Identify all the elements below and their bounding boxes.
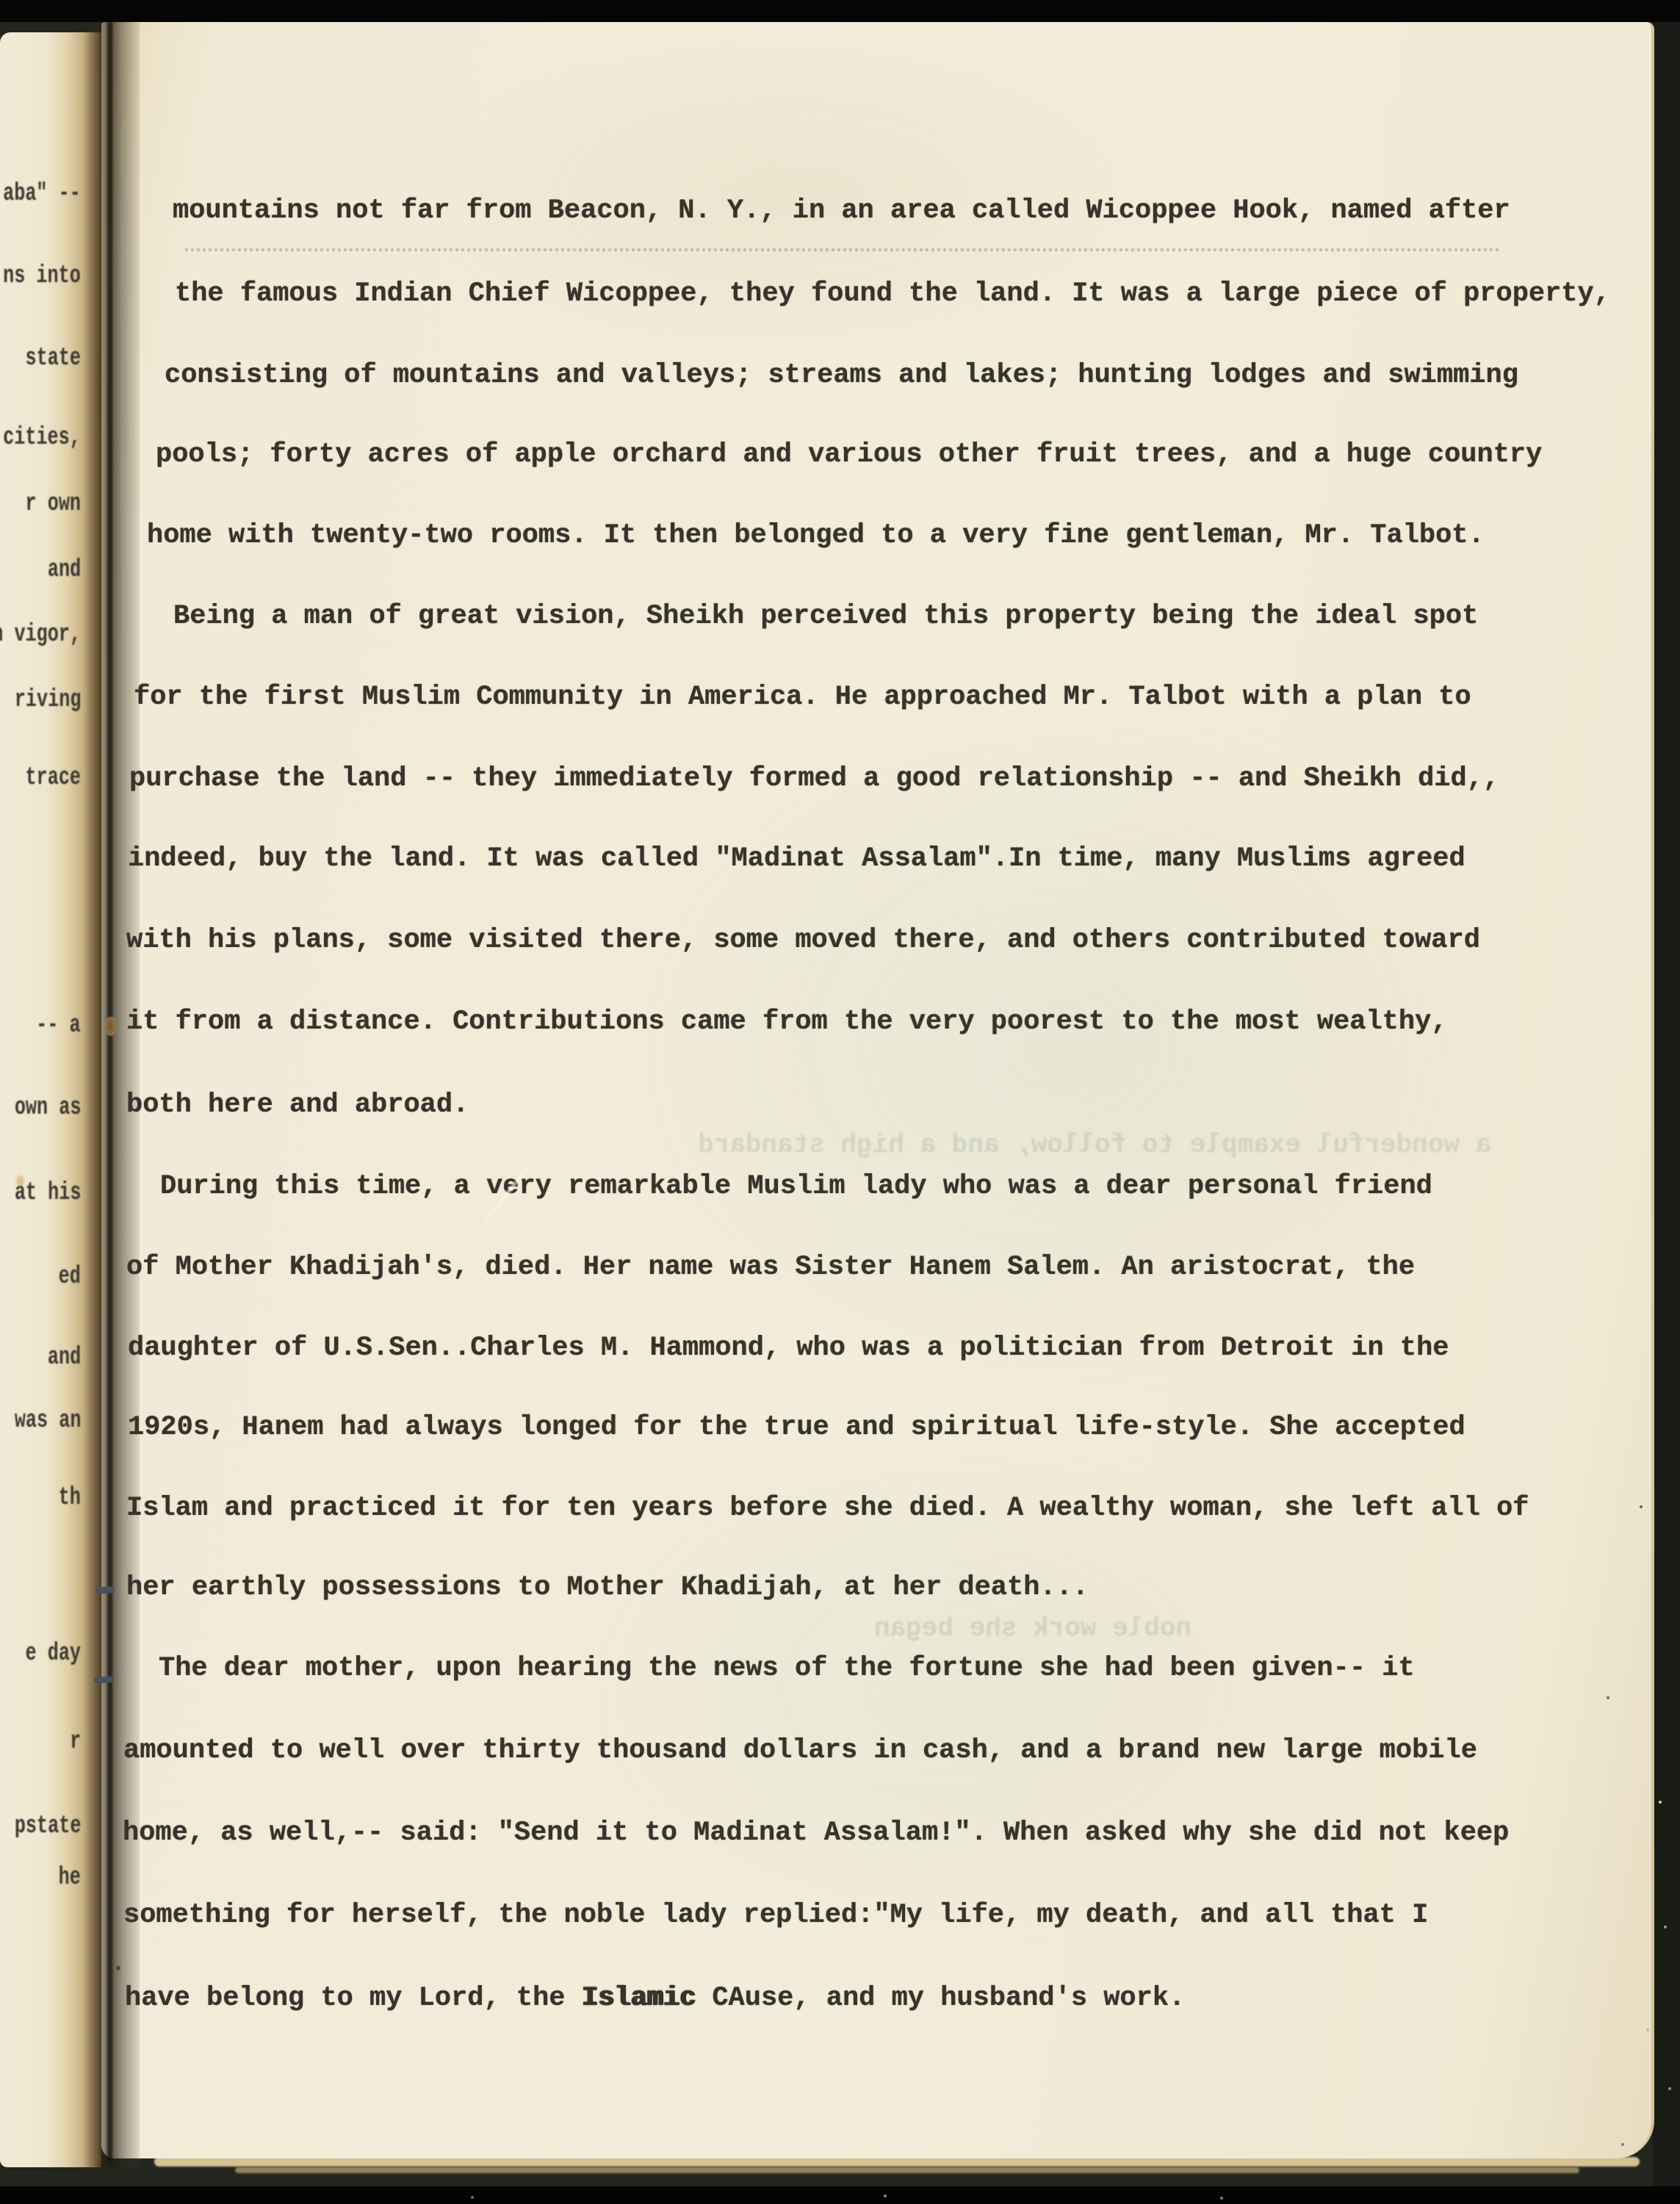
stray-ink-dot — [116, 1966, 120, 1970]
typewritten-line: home with twenty-two rooms. It then belo… — [147, 519, 1485, 552]
typewritten-line: home, as well,-- said: "Send it to Madin… — [123, 1816, 1509, 1850]
typewritten-line: her earthly possessions to Mother Khadij… — [126, 1571, 1089, 1605]
typewritten-line: The dear mother, upon hearing the news o… — [159, 1652, 1415, 1685]
typewritten-line: both here and abroad. — [126, 1088, 469, 1122]
dust-specks — [0, 0, 1, 1]
typewritten-line: indeed, buy the land. It was called "Mad… — [128, 842, 1466, 876]
typewritten-line: mountains not far from Beacon, N. Y., in… — [173, 194, 1510, 228]
typewritten-line: Islam and practiced it for ten years bef… — [126, 1491, 1529, 1525]
bleed-through-text: noble work she began — [874, 1613, 1191, 1643]
typewritten-line: During this time, a very remarkable Musl… — [160, 1170, 1432, 1203]
typewritten-line: purchase the land -- they immediately fo… — [129, 762, 1499, 796]
typewritten-line: daughter of U.S.Sen..Charles M. Hammond,… — [128, 1331, 1449, 1365]
paper-stain — [104, 1017, 116, 1036]
typewritten-line: consisting of mountains and valleys; str… — [165, 359, 1518, 392]
typewritten-line: have belong to my Lord, the Islamic CAus… — [125, 1981, 1185, 2015]
line-segment: CAuse, and my husband's work. — [696, 1983, 1185, 2014]
scan-border-top — [0, 0, 1680, 22]
typewritten-line: 1920s, Hanem had always longed for the t… — [128, 1411, 1466, 1444]
typewritten-line: amounted to well over thirty thousand do… — [123, 1734, 1477, 1768]
typewritten-line: the famous Indian Chief Wicoppee, they f… — [175, 277, 1610, 311]
typewritten-line: pools; forty acres of apple orchard and … — [156, 438, 1542, 472]
typewritten-line: with his plans, some visited there, some… — [126, 923, 1480, 957]
scanned-book-photo: aba" --ns intostatecities,r ownandith vi… — [0, 0, 1680, 2204]
typewritten-line: Being a man of great vision, Sheikh perc… — [173, 599, 1478, 633]
typewritten-line: for the first Muslim Community in Americ… — [134, 680, 1471, 714]
typewritten-line: something for herself, the noble lady re… — [123, 1898, 1428, 1932]
scan-border-bottom — [0, 2186, 1680, 2204]
line-segment: have belong to my Lord, the — [125, 1983, 582, 2014]
overstruck-word: Islamic — [582, 1983, 696, 2014]
bleed-through-text: a wonderful example to follow, and a hig… — [698, 1130, 1491, 1160]
bleed-through-dots — [185, 248, 1500, 251]
paper-stain — [16, 1175, 24, 1186]
typewritten-line: of Mother Khadijah's, died. Her name was… — [126, 1250, 1415, 1284]
typewritten-line: it from a distance. Contributions came f… — [126, 1005, 1448, 1039]
typewritten-text-block: mountains not far from Beacon, N. Y., in… — [0, 0, 1680, 2204]
